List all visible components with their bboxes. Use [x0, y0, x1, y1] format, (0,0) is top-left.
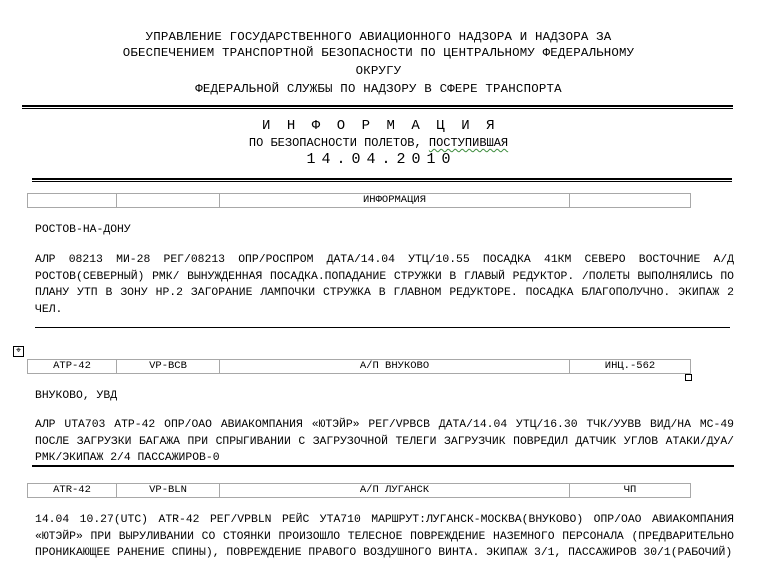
table-resize-handle[interactable]: [685, 374, 692, 381]
table-cell-reg[interactable]: VP-BLN: [117, 484, 220, 498]
table-row: ATR-42 VP-BLN А/П ЛУГАНСК ЧП: [28, 484, 691, 498]
document-subtitle: ПО БЕЗОПАСНОСТИ ПОЛЕТОВ, ПОСТУПИВШАЯ: [0, 135, 757, 151]
table-cell-type[interactable]: ATR-42: [28, 484, 117, 498]
table-cell-type[interactable]: [28, 194, 117, 208]
table-cell-location[interactable]: А/П ЛУГАНСК: [220, 484, 570, 498]
table-row: АТР-42 VP-BCB А/П ВНУКОВО ИНЦ.-562: [28, 360, 691, 374]
document-title: ИНФОРМАЦИЯ: [0, 117, 757, 135]
title-divider: [32, 178, 732, 182]
section-2-place: ВНУКОВО, УВД: [35, 389, 117, 403]
section-2-divider: [32, 465, 734, 467]
section-2-text: АЛР UTA703 АТР-42 ОПР/ОАО АВИАКОМПАНИЯ «…: [35, 417, 734, 467]
table-move-handle-icon[interactable]: ⌖: [13, 346, 24, 357]
info-table-2: АТР-42 VP-BCB А/П ВНУКОВО ИНЦ.-562: [27, 359, 691, 374]
info-table-1: ИНФОРМАЦИЯ: [27, 193, 691, 208]
document-date: 14.04.2010: [0, 151, 757, 169]
subtitle-suffix: ПОСТУПИВШАЯ: [429, 136, 508, 150]
subtitle-prefix: ПО БЕЗОПАСНОСТИ ПОЛЕТОВ,: [249, 136, 429, 150]
table-cell-category[interactable]: ЧП: [570, 484, 691, 498]
section-1-place: РОСТОВ-НА-ДОНУ: [35, 223, 131, 237]
header-divider: [22, 105, 733, 109]
table-cell-reg[interactable]: VP-BCB: [117, 360, 220, 374]
table-cell-location[interactable]: А/П ВНУКОВО: [220, 360, 570, 374]
table-cell-reg[interactable]: [117, 194, 220, 208]
table-cell-category[interactable]: [570, 194, 691, 208]
header-line-2: ОБЕСПЕЧЕНИЕМ ТРАНСПОРТНОЙ БЕЗОПАСНОСТИ П…: [0, 44, 757, 62]
info-table-3: ATR-42 VP-BLN А/П ЛУГАНСК ЧП: [27, 483, 691, 498]
table-cell-type[interactable]: АТР-42: [28, 360, 117, 374]
section-1-text: АЛР 08213 МИ-28 РЕГ/08213 ОПР/РОСПРОМ ДА…: [35, 252, 734, 318]
header-line-4: ФЕДЕРАЛЬНОЙ СЛУЖБЫ ПО НАДЗОРУ В СФЕРЕ ТР…: [0, 80, 757, 98]
section-3-text: 14.04 10.27(UTC) ATR-42 РЕГ/VPBLN РЕЙС У…: [35, 512, 734, 562]
header-line-3: ОКРУГУ: [0, 62, 757, 80]
section-1-divider: [35, 327, 730, 328]
table-row: ИНФОРМАЦИЯ: [28, 194, 691, 208]
table-cell-category[interactable]: ИНЦ.-562: [570, 360, 691, 374]
table-cell-location[interactable]: ИНФОРМАЦИЯ: [220, 194, 570, 208]
